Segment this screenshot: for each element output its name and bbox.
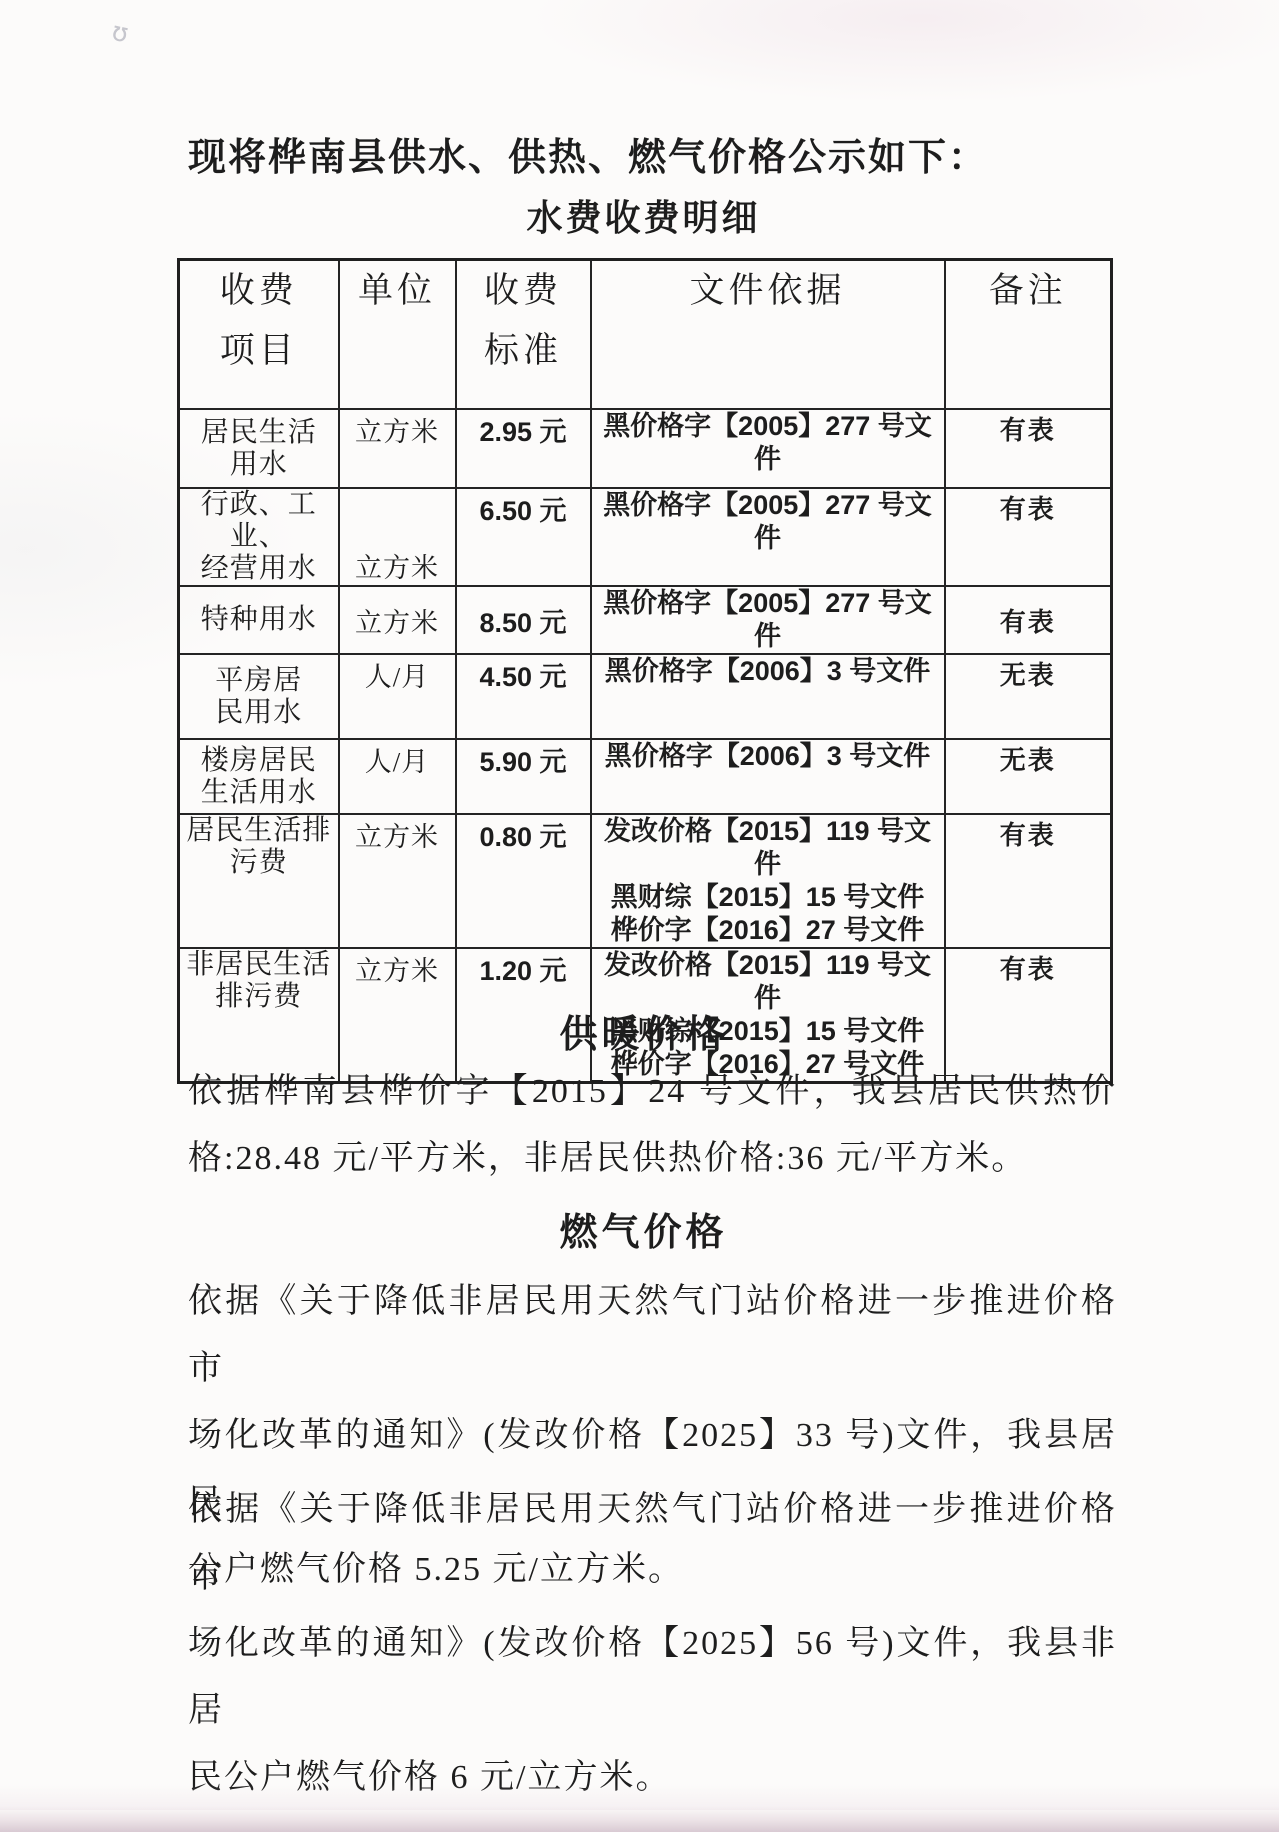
table-row-bungalow-water: 平房居 民用水 人/月 4.50 元 黑价格字【2006】3 号文件 无表 [179,654,1112,739]
unit-cell: 立方米 [339,409,456,488]
note-cell: 有表 [945,488,1112,586]
page-title: 现将桦南县供水、供热、燃气价格公示如下： [188,126,1148,181]
basis-line2: 黑财综【2015】15 号文件 [596,881,940,914]
basis-line1: 黑价格字【2005】277 号文件 [596,587,940,653]
fee-item-line2: 经营用水 [184,553,334,585]
rate-cell: 8.50 元 [456,586,591,654]
table-row-residential-water: 居民生活 用水 立方米 2.95 元 黑价格字【2005】277 号文件 有表 [179,409,1112,488]
gas-paragraph-2: 依据《关于降低非居民用天然气门站价格进一步推进价格市 场化改革的通知》(发改价格… [188,1476,1117,1811]
basis-line1: 发改价格【2015】119 号文件 [596,815,940,881]
fee-item-line2: 民用水 [184,697,334,729]
header-rate-line2: 标准 [461,321,586,381]
basis-cell: 黑价格字【2006】3 号文件 [591,739,945,814]
scan-artifact-band [0,1806,1279,1832]
header-document-basis-label: 文件依据 [596,261,940,321]
fee-item-cell: 特种用水 [179,586,339,654]
header-note: 备注 [945,260,1112,410]
basis-line1: 黑价格字【2005】277 号文件 [596,410,940,476]
table-row-residential-sewage: 居民生活排 污费 立方米 0.80 元 发改价格【2015】119 号文件 黑财… [179,814,1112,948]
header-note-label: 备注 [950,261,1107,321]
fee-item-cell: 居民生活排 污费 [179,814,339,948]
table-row-building-water: 楼房居民 生活用水 人/月 5.90 元 黑价格字【2006】3 号文件 无表 [179,739,1112,814]
heating-paragraph-line2: 格:28.48 元/平方米，非居民供热价格:36 元/平方米。 [188,1125,1117,1192]
fee-item-line2: 用水 [184,449,334,481]
header-document-basis: 文件依据 [591,260,945,410]
header-rate-line1: 收费 [461,261,586,321]
gas-section-heading: 燃气价格 [177,1201,1110,1256]
fee-item-line2: 污费 [184,847,334,879]
note-cell: 有表 [945,814,1112,948]
water-table-title: 水费收费明细 [177,190,1110,241]
fee-item-cell: 平房居 民用水 [179,654,339,739]
rate-cell: 5.90 元 [456,739,591,814]
unit-cell: 立方米 [339,814,456,948]
fee-item-cell: 行政、工业、 经营用水 [179,488,339,586]
note-cell: 有表 [945,409,1112,488]
basis-cell: 黑价格字【2006】3 号文件 [591,654,945,739]
header-fee-item-line2: 项目 [184,321,334,381]
basis-line1: 黑价格字【2006】3 号文件 [596,655,940,688]
heating-paragraph: 依据桦南县桦价字【2015】24 号文件，我县居民供热价 格:28.48 元/平… [188,1058,1117,1192]
fee-item-line1: 行政、工业、 [184,489,334,553]
note-cell: 无表 [945,654,1112,739]
header-rate: 收费 标准 [456,260,591,410]
fee-item-line1: 楼房居民 [184,745,334,777]
basis-cell: 黑价格字【2005】277 号文件 [591,488,945,586]
rate-cell: 4.50 元 [456,654,591,739]
fee-item-line1: 居民生活排 [184,815,334,847]
basis-line1: 黑价格字【2006】3 号文件 [596,740,940,773]
rate-cell: 2.95 元 [456,409,591,488]
table-header-row: 收费 项目 单位 收费 标准 文件依据 备注 [179,260,1112,410]
fee-item-line1: 非居民生活 [184,949,334,981]
header-unit: 单位 [339,260,456,410]
rate-cell: 0.80 元 [456,814,591,948]
scan-pen-mark: ʊ [109,17,131,50]
header-fee-item-line1: 收费 [184,261,334,321]
note-cell: 有表 [945,586,1112,654]
basis-line1: 黑价格字【2005】277 号文件 [596,489,940,555]
gas-paragraph-2-line2: 场化改革的通知》(发改价格【2025】56 号)文件，我县非居 [188,1610,1117,1744]
basis-cell: 发改价格【2015】119 号文件 黑财综【2015】15 号文件 桦价字【20… [591,814,945,948]
basis-cell: 黑价格字【2005】277 号文件 [591,409,945,488]
heating-paragraph-line1: 依据桦南县桦价字【2015】24 号文件，我县居民供热价 [188,1058,1117,1125]
table-row-industrial-water: 行政、工业、 经营用水 立方米 6.50 元 黑价格字【2005】277 号文件… [179,488,1112,586]
unit-cell: 立方米 [339,586,456,654]
header-unit-label: 单位 [344,261,451,321]
note-cell: 无表 [945,739,1112,814]
fee-item-cell: 居民生活 用水 [179,409,339,488]
gas-paragraph-1-line1: 依据《关于降低非居民用天然气门站价格进一步推进价格市 [188,1268,1117,1402]
water-fee-table: 收费 项目 单位 收费 标准 文件依据 备注 [177,258,1113,1084]
heating-section-heading: 供暖价格 [177,1003,1110,1058]
unit-cell: 人/月 [339,739,456,814]
scanned-document-page: ʊ 现将桦南县供水、供热、燃气价格公示如下： 水费收费明细 收费 项目 单位 收… [0,0,1279,1832]
table-row-special-water: 特种用水 立方米 8.50 元 黑价格字【2005】277 号文件 有表 [179,586,1112,654]
fee-item-cell: 楼房居民 生活用水 [179,739,339,814]
basis-line3: 桦价字【2016】27 号文件 [596,914,940,947]
fee-item-line1: 特种用水 [184,604,334,636]
unit-cell: 立方米 [339,488,456,586]
fee-item-line2: 生活用水 [184,777,334,809]
header-fee-item: 收费 项目 [179,260,339,410]
unit-cell: 人/月 [339,654,456,739]
basis-cell: 黑价格字【2005】277 号文件 [591,586,945,654]
gas-paragraph-2-line1: 依据《关于降低非居民用天然气门站价格进一步推进价格市 [188,1476,1117,1610]
fee-item-line1: 平房居 [184,665,334,697]
rate-cell: 6.50 元 [456,488,591,586]
fee-item-line1: 居民生活 [184,417,334,449]
